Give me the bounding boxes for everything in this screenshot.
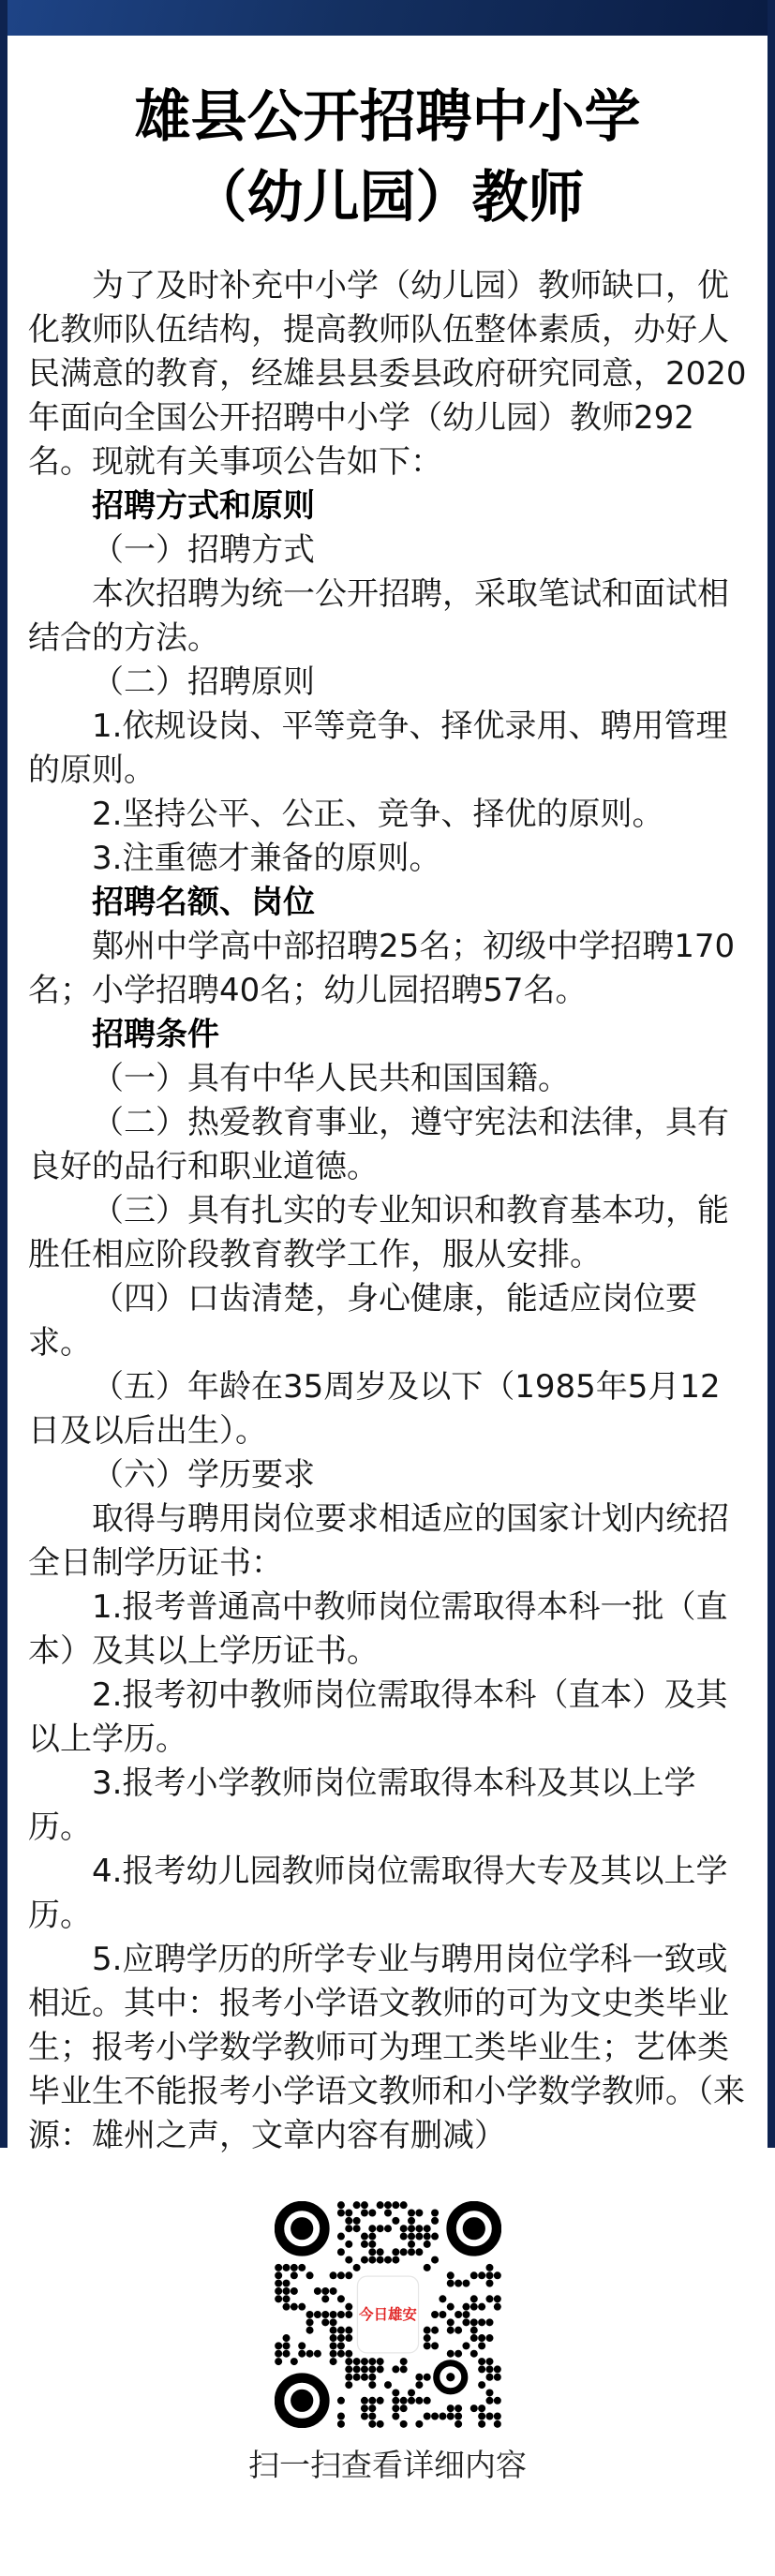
article-paragraph: 1.报考普通高中教师岗位需取得本科一批（直本）及其以上学历证书。 — [28, 1586, 747, 1674]
qr-finder-top-right-dot — [462, 2217, 484, 2240]
page-title-line2: （幼儿园）教师 — [28, 157, 747, 238]
article-paragraph: （一）具有中华人民共和国国籍。 — [28, 1057, 747, 1101]
article-page: 雄县公开招聘中小学 （幼儿园）教师 为了及时补充中小学（幼儿园）教师缺口，优化教… — [0, 77, 775, 2576]
qr-finder-top-left-dot — [291, 2217, 313, 2240]
qr-center-label-text: 今日雄安 — [358, 2305, 417, 2323]
article-paragraph: （二）热爱教育事业，遵守宪法和法律，具有良好的品行和职业道德。 — [28, 1101, 747, 1189]
article-paragraph: （三）具有扎实的专业知识和教育基本功，能胜任相应阶段教育教学工作，服从安排。 — [28, 1189, 747, 1277]
qr-block: 今日雄安 扫一扫查看详细内容 — [28, 2201, 747, 2576]
article-paragraph: （五）年龄在35周岁及以下（1985年5月12日及以后出生）。 — [28, 1365, 747, 1453]
article-paragraph: 取得与聘用岗位要求相适应的国家计划内统招全日制学历证书： — [28, 1497, 747, 1586]
page-title: 雄县公开招聘中小学 （幼儿园）教师 — [28, 77, 747, 238]
right-page-border — [768, 0, 775, 2148]
left-page-border — [0, 0, 7, 2148]
article-paragraph: （一）招聘方式 — [28, 529, 747, 573]
article-body: 为了及时补充中小学（幼儿园）教师缺口，优化教师队伍结构，提高教师队伍整体素质，办… — [28, 264, 747, 2158]
article-paragraph: 2.报考初中教师岗位需取得本科（直本）及其以上学历。 — [28, 1674, 747, 1762]
article-paragraph: 招聘方式和原则 — [28, 484, 747, 529]
article-paragraph: 3.注重德才兼备的原则。 — [28, 837, 747, 881]
qr-alignment-dot — [446, 2373, 455, 2381]
page-title-line1: 雄县公开招聘中小学 — [28, 77, 747, 157]
article-paragraph: 本次招聘为统一公开招聘，采取笔试和面试相结合的方法。 — [28, 573, 747, 661]
qr-code: 今日雄安 — [275, 2201, 501, 2428]
article-paragraph: （二）招聘原则 — [28, 661, 747, 705]
article-paragraph: 1.依规设岗、平等竞争、择优录用、聘用管理的原则。 — [28, 705, 747, 793]
top-navy-bar — [0, 0, 775, 36]
article-paragraph: 招聘名额、岗位 — [28, 881, 747, 925]
article-paragraph: 为了及时补充中小学（幼儿园）教师缺口，优化教师队伍结构，提高教师队伍整体素质，办… — [28, 264, 747, 484]
qr-caption: 扫一扫查看详细内容 — [28, 2445, 747, 2576]
article-paragraph: 2.坚持公平、公正、竞争、择优的原则。 — [28, 793, 747, 837]
article-paragraph: （六）学历要求 — [28, 1453, 747, 1497]
qr-finder-bottom-left-dot — [291, 2390, 313, 2412]
article-paragraph: 鄚州中学高中部招聘25名；初级中学招聘170名；小学招聘40名；幼儿园招聘57名… — [28, 925, 747, 1013]
article-paragraph: 招聘条件 — [28, 1013, 747, 1057]
article-paragraph: 4.报考幼儿园教师岗位需取得大专及其以上学历。 — [28, 1850, 747, 1938]
article-paragraph: 5.应聘学历的所学专业与聘用岗位学科一致或相近。其中：报考小学语文教师的可为文史… — [28, 1938, 747, 2158]
article-paragraph: （四）口齿清楚，身心健康，能适应岗位要求。 — [28, 1277, 747, 1365]
article-paragraph: 3.报考小学教师岗位需取得本科及其以上学历。 — [28, 1762, 747, 1850]
